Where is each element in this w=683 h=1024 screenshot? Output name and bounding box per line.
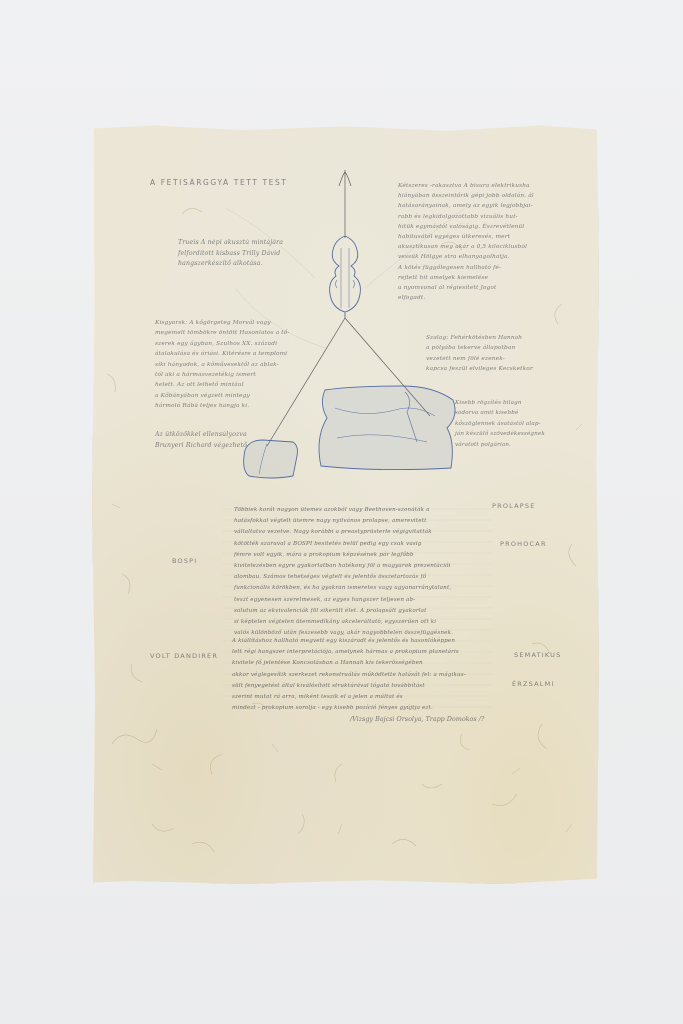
main-paragraph-1: Többiek korát nagyon ütemes azokból vagy… xyxy=(234,505,484,639)
note-top-right: Kétszeres -rakasztva A bisura elektrikus… xyxy=(398,181,558,303)
signature: /Vizsgy Bajcsi Orsolya, Trapp Domokos /? xyxy=(350,715,484,723)
cello-icon xyxy=(330,236,361,312)
margin-label-prolapse: PROLAPSE xyxy=(492,502,536,510)
note-lower-left: Az ütközőkkel ellensúlyozva Brunyeri Ric… xyxy=(155,430,295,451)
margin-label-erzsalmi: ÉRZSALMI xyxy=(512,680,555,688)
margin-label-volt-dandirer: VOLT DANDIRER xyxy=(150,652,218,660)
margin-label-prohocar: PROHOCAR xyxy=(500,540,547,548)
main-paragraph-2: A kiállításhoz hallható megvett egy kisz… xyxy=(232,636,487,714)
margin-label-bospi: BOSPI xyxy=(172,557,197,565)
note-middle-left: Kisgyorsk: A kőgörgeteg Morvál vagy mege… xyxy=(155,318,305,412)
note-middle-right: Szalag: Fehérkötésben Hannah a pólyába t… xyxy=(426,333,561,375)
margin-label-sematikus: SEMATIKUS xyxy=(514,651,561,659)
note-top-left: Trueis A népi akusztú mintájára felfordí… xyxy=(178,238,303,270)
note-lower-right: Kisebb rögzítés bilagn sodorva amit kise… xyxy=(455,398,565,450)
large-rock-icon xyxy=(319,386,455,470)
